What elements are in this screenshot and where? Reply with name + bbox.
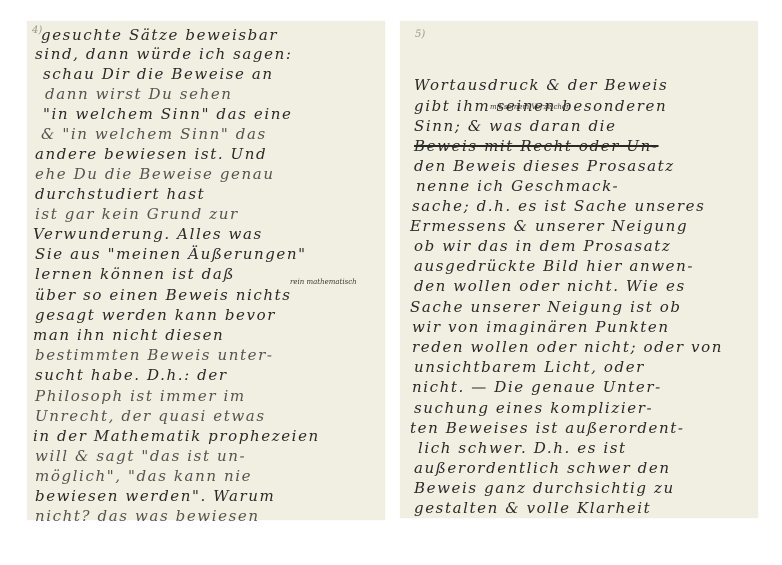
text-line-struck: Beweis mit Recht oder Un- <box>414 137 659 155</box>
manuscript-page-left: 4) rein mathematisch gesuchte Sätze bewe… <box>27 21 385 520</box>
text-line: außerordentlich schwer den <box>414 459 671 477</box>
text-line: gesagt werden kann bevor <box>35 306 276 324</box>
text-line: dann wirst Du sehen <box>45 85 233 103</box>
text-line: unsichtbarem Licht, oder <box>414 358 645 376</box>
text-line: Ermessens & unserer Neigung <box>410 217 688 235</box>
text-line: sucht habe. D.h.: der <box>35 366 228 384</box>
text-line: den wollen oder nicht. Wie es <box>414 277 686 295</box>
text-line: Sie aus "meinen Äußerungen" <box>35 245 307 263</box>
text-line: sind, dann würde ich sagen: <box>35 45 293 63</box>
text-line: Verwunderung. Alles was <box>33 225 263 243</box>
text-line: Unrecht, der quasi etwas <box>35 407 266 425</box>
text-line: ten Beweises ist außerordent- <box>410 419 685 437</box>
text-line: "in welchem Sinn" das eine <box>43 105 292 123</box>
text-line: ausgedrückte Bild hier anwen- <box>414 257 694 275</box>
text-line: ist gar kein Grund zur <box>35 205 239 223</box>
text-line: ob wir das in dem Prosasatz <box>414 237 671 255</box>
text-line: möglich", "das kann nie <box>35 467 252 485</box>
text-line: über so einen Beweis nichts <box>35 286 292 304</box>
text-line: durchstudiert hast <box>35 185 205 203</box>
text-line: man ihn nicht diesen <box>33 326 224 344</box>
text-line: andere bewiesen ist. Und <box>35 145 267 163</box>
text-line: Beweis ganz durchsichtig zu <box>414 479 675 497</box>
text-line: nicht? das was bewiesen <box>35 507 260 525</box>
text-line: sache; d.h. es ist Sache unseres <box>412 197 705 215</box>
text-line: ehe Du die Beweise genau <box>35 165 275 183</box>
text-line: gesuchte Sätze beweisbar <box>41 26 278 44</box>
manuscript-page-right: 5) mit seinem Vorzeichen Wortausdruck & … <box>400 21 758 518</box>
text-line: Wortausdruck & der Beweis <box>414 76 668 94</box>
text-line: lernen können ist daß <box>35 265 235 283</box>
text-line: nicht. — Die genaue Unter- <box>412 378 662 396</box>
text-line: nenne ich Geschmack- <box>416 177 619 195</box>
text-line: Sinn; & was daran die <box>414 117 617 135</box>
text-line: Philosoph ist immer im <box>35 387 246 405</box>
page-number: 5) <box>415 29 425 40</box>
text-line: schau Dir die Beweise an <box>43 65 274 83</box>
text-line: will & sagt "das ist un- <box>35 447 246 465</box>
text-line: gibt ihm seinen besonderen <box>414 97 667 115</box>
text-line: lich schwer. D.h. es ist <box>418 439 627 457</box>
text-line: bewiesen werden". Warum <box>35 487 275 505</box>
insertion-note: rein mathematisch <box>290 278 357 286</box>
text-line: & "in welchem Sinn" das <box>41 125 267 143</box>
text-line: gestalten & volle Klarheit <box>414 499 651 517</box>
text-line: reden wollen oder nicht; oder von <box>412 338 723 356</box>
text-line: in der Mathematik prophezeien <box>33 427 320 445</box>
text-line: Sache unserer Neigung ist ob <box>410 298 682 316</box>
text-line: bestimmten Beweis unter- <box>35 346 274 364</box>
text-line: den Beweis dieses Prosasatz <box>414 157 675 175</box>
text-line: suchung eines komplizier- <box>414 399 653 417</box>
text-line: wir von imaginären Punkten <box>412 318 670 336</box>
